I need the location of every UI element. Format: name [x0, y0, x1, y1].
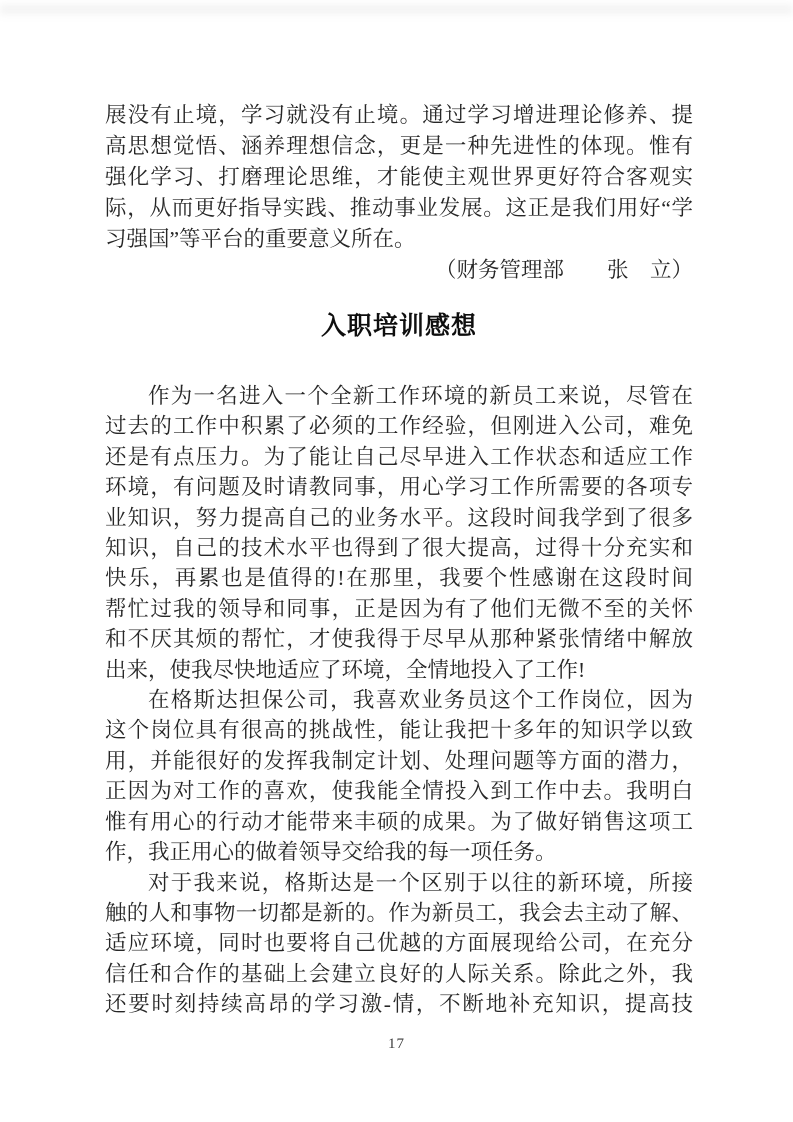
text-line: 适应环境，同时也要将自己优越的方面展现给公司，在充分	[105, 928, 693, 958]
document-page: 展没有止境，学习就没有止境。通过学习增进理论修养、提 高思想觉悟、涵养理想信念，…	[0, 0, 793, 1122]
attribution: （财务管理部 张 立）	[105, 255, 693, 286]
text-line: 环境，有问题及时请教同事，用心学习工作所需要的各项专	[105, 472, 693, 502]
text-line: 这个岗位具有很高的挑战性，能让我把十多年的知识学以致	[105, 715, 693, 745]
text-line: 作为一名进入一个全新工作环境的新员工来说，尽管在	[105, 381, 693, 411]
paragraph: 作为一名进入一个全新工作环境的新员工来说，尽管在 过去的工作中积累了必须的工作经…	[105, 381, 693, 685]
paragraph: 对于我来说，格斯达是一个区别于以往的新环境，所接 触的人和事物一切都是新的。作为…	[105, 868, 693, 1020]
continuation-paragraph: 展没有止境，学习就没有止境。通过学习增进理论修养、提 高思想觉悟、涵养理想信念，…	[105, 100, 693, 286]
text-line: 惟有用心的行动才能带来丰硕的成果。为了做好销售这项工	[105, 807, 693, 837]
text-line: 还要时刻持续高昂的学习激-情，不断地补充知识，提高技	[105, 989, 693, 1019]
text-line: 知识，自己的技术水平也得到了很大提高，过得十分充实和	[105, 533, 693, 563]
text-line: 对于我来说，格斯达是一个区别于以往的新环境，所接	[105, 868, 693, 898]
text-line: 在格斯达担保公司，我喜欢业务员这个工作岗位，因为	[105, 685, 693, 715]
text-line: 作，我正用心的做着领导交给我的每一项任务。	[105, 837, 693, 867]
text-line: 强化学习、打磨理论思维，才能使主观世界更好符合客观实	[105, 162, 693, 193]
text-line: 和不厌其烦的帮忙，才使我得于尽早从那种紧张情绪中解放	[105, 624, 693, 654]
text-line: 用，并能很好的发挥我制定计划、处理问题等方面的潜力，	[105, 746, 693, 776]
text-line: 高思想觉悟、涵养理想信念，更是一种先进性的体现。惟有	[105, 131, 693, 162]
text-line: 正因为对工作的喜欢，使我能全情投入到工作中去。我明白	[105, 776, 693, 806]
text-block: 展没有止境，学习就没有止境。通过学习增进理论修养、提 高思想觉悟、涵养理想信念，…	[105, 100, 693, 1020]
page-number: 17	[0, 1036, 793, 1053]
article-title: 入职培训感想	[105, 306, 693, 346]
text-line: 出来，使我尽快地适应了环境，全情地投入了工作!	[105, 655, 693, 685]
text-line: 信任和合作的基础上会建立良好的人际关系。除此之外，我	[105, 959, 693, 989]
text-line: 习强国”等平台的重要意义所在。	[105, 224, 693, 255]
paragraph: 在格斯达担保公司，我喜欢业务员这个工作岗位，因为 这个岗位具有很高的挑战性，能让…	[105, 685, 693, 867]
text-line: 帮忙过我的领导和同事，正是因为有了他们无微不至的关怀	[105, 594, 693, 624]
text-line: 际，从而更好指导实践、推动事业发展。这正是我们用好“学	[105, 193, 693, 224]
text-line: 快乐，再累也是值得的!在那里，我要个性感谢在这段时间	[105, 563, 693, 593]
text-line: 还是有点压力。为了能让自己尽早进入工作状态和适应工作	[105, 442, 693, 472]
text-line: 展没有止境，学习就没有止境。通过学习增进理论修养、提	[105, 100, 693, 131]
scan-shadow	[0, 5, 793, 14]
text-line: 过去的工作中积累了必须的工作经验，但刚进入公司，难免	[105, 411, 693, 441]
text-line: 触的人和事物一切都是新的。作为新员工，我会去主动了解、	[105, 898, 693, 928]
text-line: 业知识，努力提高自己的业务水平。这段时间我学到了很多	[105, 503, 693, 533]
